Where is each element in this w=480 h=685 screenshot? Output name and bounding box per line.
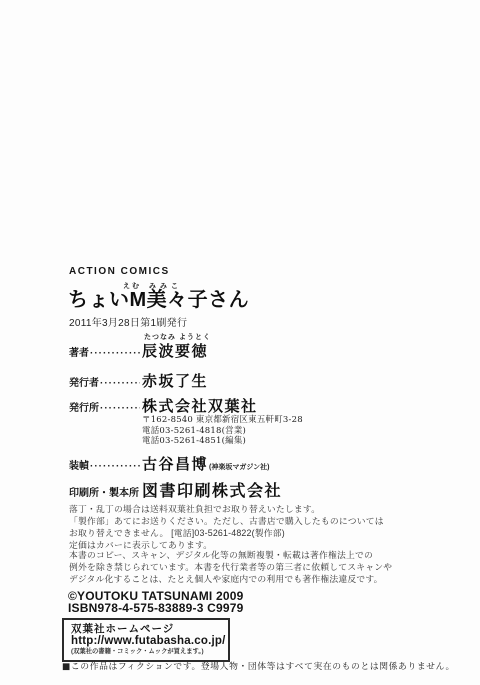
author-label: 著者 bbox=[69, 344, 89, 359]
copyright-notice: 本書のコピー、スキャン、デジタル化等の無断複製・転載は著作権法上での 例外を除き… bbox=[69, 549, 409, 585]
publisher-tel-sales: 電話03-5261-4818(営業) bbox=[142, 426, 303, 437]
returns-notice-line: 落丁・乱丁の場合は送料双葉社負担でお取り替えいたします。 bbox=[69, 503, 409, 515]
author-label-cell: 著者 ···················· bbox=[69, 344, 142, 359]
title-furigana-mimiko: みみこ bbox=[149, 281, 182, 291]
colophon-row-printer: 印刷所・製本所 ···· 図書印刷株式会社 bbox=[69, 478, 429, 501]
publisher-name: 株式会社双葉社 bbox=[142, 398, 258, 415]
credits-block: ©YOUTOKU TATSUNAMI 2009 ISBN978-4-575-83… bbox=[68, 591, 244, 614]
author-value-wrap: たつなみ ようとく 辰波要徳 bbox=[142, 340, 208, 361]
printer-label-cell: 印刷所・製本所 ···· bbox=[69, 484, 142, 499]
copyright-notice-line: 本書のコピー、スキャン、デジタル化等の無断複製・転載は著作権法上での bbox=[69, 549, 409, 561]
isbn-line: ISBN978-4-575-83889-3 C9979 bbox=[68, 603, 244, 615]
publisher-label-cell: 発行所 ···················· bbox=[69, 399, 142, 414]
printer-label: 印刷所・製本所 bbox=[69, 484, 139, 499]
copyright-notice-line: 例外を除き禁じられています。本書を代行業者等の第三者に依頼してスキャンや bbox=[69, 561, 409, 573]
colophon-row-publisher-person: 発行者 ···················· 赤坂了生 bbox=[69, 370, 429, 391]
book-title: ちょいM美々子さん bbox=[68, 289, 328, 311]
dotted-leader: ···················· bbox=[90, 461, 140, 472]
website-url: http://www.futabasha.co.jp/ bbox=[71, 635, 221, 648]
author-furigana: たつなみ ようとく bbox=[144, 332, 211, 342]
title-furigana-m: えむ bbox=[123, 281, 141, 291]
colophon-row-publisher: 発行所 ···················· 株式会社双葉社 bbox=[69, 395, 429, 416]
website-box: 双葉社ホームページ http://www.futabasha.co.jp/ (双… bbox=[62, 618, 230, 662]
colophon-row-author: 著者 ···················· たつなみ ようとく 辰波要徳 bbox=[69, 340, 429, 361]
publisher-postal-address: 〒162-8540 東京都新宿区東五軒町3-28 bbox=[142, 415, 303, 426]
book-title-block: えむ みみこ ちょいM美々子さん bbox=[68, 281, 328, 311]
publisher-person-label: 発行者 bbox=[69, 374, 99, 389]
publisher-person-label-cell: 発行者 ···················· bbox=[69, 374, 142, 389]
returns-notice: 落丁・乱丁の場合は送料双葉社負担でお取り替えいたします。 「製作部」あてにお送り… bbox=[69, 503, 409, 551]
colophon-row-design: 装幀 ···················· 古谷昌博(神楽坂マガジン社) bbox=[69, 453, 429, 474]
design-label-cell: 装幀 ···················· bbox=[69, 457, 142, 472]
publisher-tel-edit: 電話03-5261-4851(編集) bbox=[142, 436, 303, 447]
publisher-address-block: 〒162-8540 東京都新宿区東五軒町3-28 電話03-5261-4818(… bbox=[142, 415, 303, 447]
dotted-leader: ···················· bbox=[90, 348, 140, 359]
returns-notice-line: お取り替えできません。 [電話]03-5261-4822(製作部) bbox=[69, 527, 409, 539]
dotted-leader: ···················· bbox=[100, 403, 140, 414]
website-box-title: 双葉社ホームページ bbox=[71, 623, 221, 635]
copyright-notice-line: デジタル化することは、たとえ個人や家庭内での利用でも著作権法違反です。 bbox=[69, 573, 409, 585]
designer-affiliation: (神楽坂マガジン社) bbox=[209, 464, 270, 471]
fiction-disclaimer: ■この作品はフィクションです。登場人物・団体等はすべて実在のものとは関係ありませ… bbox=[62, 659, 455, 672]
dotted-leader: ···················· bbox=[100, 378, 140, 389]
author-name: 辰波要徳 bbox=[142, 343, 208, 360]
series-label: ACTION COMICS bbox=[69, 266, 170, 277]
title-furigana-row: えむ みみこ bbox=[68, 281, 328, 289]
design-label: 装幀 bbox=[69, 457, 89, 472]
colophon-page: ACTION COMICS えむ みみこ ちょいM美々子さん 2011年3月28… bbox=[0, 0, 480, 685]
designer-name: 古谷昌博 bbox=[142, 456, 208, 473]
printer-name: 図書印刷株式会社 bbox=[142, 483, 282, 500]
publisher-person-name: 赤坂了生 bbox=[142, 373, 208, 390]
publisher-label: 発行所 bbox=[69, 399, 99, 414]
website-box-note: (双葉社の書籍・コミック・ムックが買えます。) bbox=[71, 648, 221, 656]
edition-date: 2011年3月28日第1刷発行 bbox=[69, 314, 187, 329]
returns-notice-line: 「製作部」あてにお送りください。ただし、古書店で購入したものについては bbox=[69, 515, 409, 527]
